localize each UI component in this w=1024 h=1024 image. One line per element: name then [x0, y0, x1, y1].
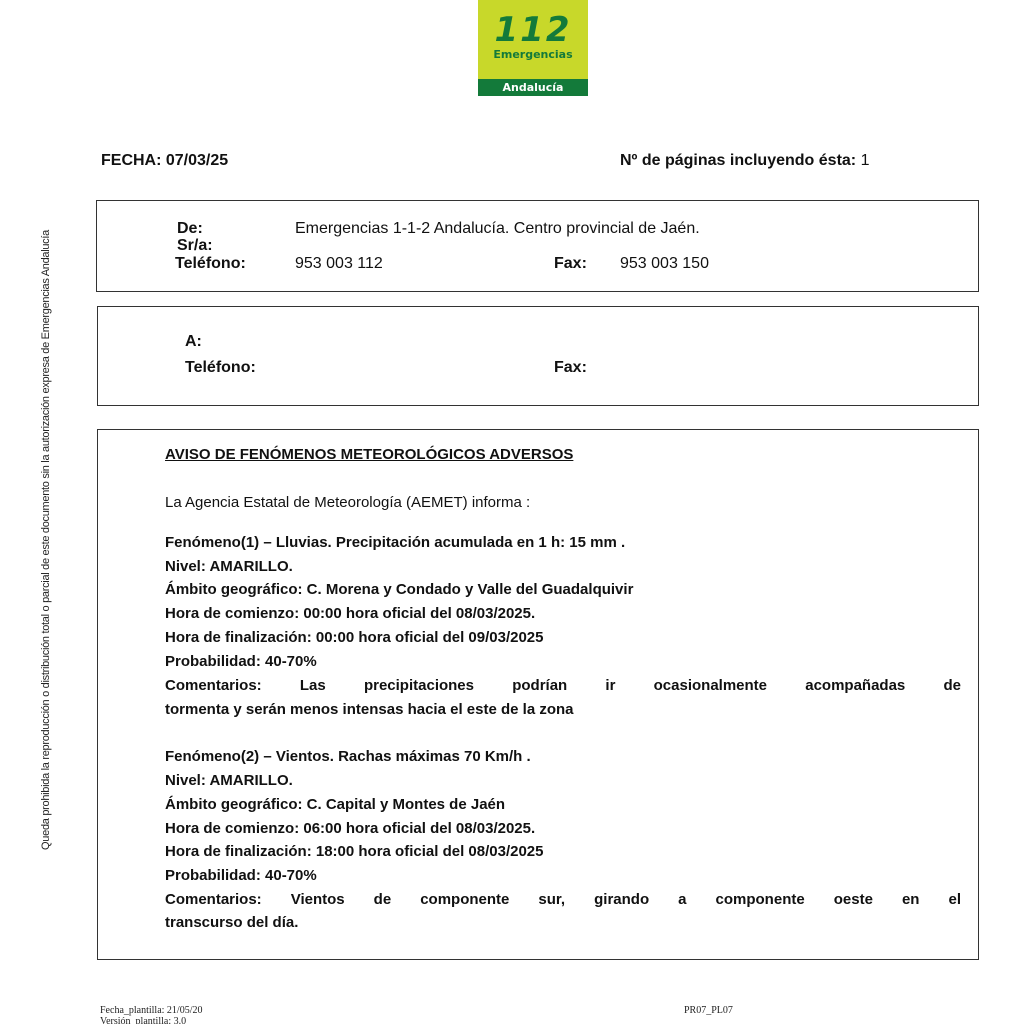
phenomenon-area: Ámbito geográfico: C. Morena y Condado y…: [165, 581, 633, 598]
phenomenon-start: Hora de comienzo: 00:00 hora oficial del…: [165, 605, 535, 622]
phenomenon-title: Fenómeno(1) – Lluvias. Precipitación acu…: [165, 534, 625, 551]
emergencias-112-logo: 112 Emergencias Andalucía: [478, 0, 588, 96]
sender-phone-value: 953 003 112: [295, 255, 383, 273]
phenomenon-level: Nivel: AMARILLO.: [165, 558, 293, 575]
phenomenon-level: Nivel: AMARILLO.: [165, 772, 293, 789]
pages-label: Nº de páginas incluyendo ésta:: [620, 152, 856, 169]
sender-fax-label: Fax:: [554, 255, 587, 273]
phenomenon-probability: Probabilidad: 40-70%: [165, 653, 317, 670]
sra-label: Sr/a:: [177, 237, 213, 255]
logo-number: 112: [478, 10, 588, 50]
pages-value: 1: [861, 152, 870, 169]
phenomenon-area: Ámbito geográfico: C. Capital y Montes d…: [165, 796, 505, 813]
a-label: A:: [185, 333, 202, 351]
phenomenon-start: Hora de comienzo: 06:00 hora oficial del…: [165, 820, 535, 837]
notice-title: AVISO DE FENÓMENOS METEOROLÓGICOS ADVERS…: [165, 446, 573, 463]
phenomenon-comments-line2: tormenta y serán menos intensas hacia el…: [165, 701, 574, 718]
recipient-fax-label: Fax:: [554, 359, 587, 377]
template-date: Fecha_plantilla: 21/05/20: [100, 1005, 202, 1016]
phenomenon-end: Hora de finalización: 00:00 hora oficial…: [165, 629, 544, 646]
de-value: Emergencias 1-1-2 Andalucía. Centro prov…: [295, 220, 700, 238]
de-label: De:: [177, 220, 203, 238]
phenomenon-title: Fenómeno(2) – Vientos. Rachas máximas 70…: [165, 748, 531, 765]
notice-intro: La Agencia Estatal de Meteorología (AEME…: [165, 494, 530, 511]
recipient-box: A: Teléfono: Fax:: [97, 306, 979, 406]
fecha-header: FECHA: 07/03/25: [101, 152, 228, 170]
logo-subtitle: Emergencias: [478, 48, 588, 61]
sender-fax-value: 953 003 150: [620, 255, 709, 273]
phenomenon-comments-line1: Comentarios: Las precipitaciones podrían…: [165, 677, 961, 694]
footer-template-info: Fecha_plantilla: 21/05/20 Versión_planti…: [100, 1005, 202, 1024]
sender-phone-label: Teléfono:: [175, 255, 246, 273]
phenomenon-probability: Probabilidad: 40-70%: [165, 867, 317, 884]
logo-region: Andalucía: [478, 79, 588, 96]
phenomenon-end: Hora de finalización: 18:00 hora oficial…: [165, 843, 544, 860]
pages-header: Nº de páginas incluyendo ésta: 1: [620, 152, 869, 170]
copyright-side-note: Queda prohibida la reproducción o distri…: [40, 230, 52, 850]
template-code: PR07_PL07: [684, 1005, 733, 1016]
template-version: Versión_plantilla: 3.0: [100, 1016, 202, 1024]
phenomenon-comments-line2: transcurso del día.: [165, 914, 298, 931]
phenomenon-comments-line1: Comentarios: Vientos de componente sur, …: [165, 891, 961, 908]
sender-box: De: Emergencias 1-1-2 Andalucía. Centro …: [96, 200, 979, 292]
recipient-phone-label: Teléfono:: [185, 359, 256, 377]
